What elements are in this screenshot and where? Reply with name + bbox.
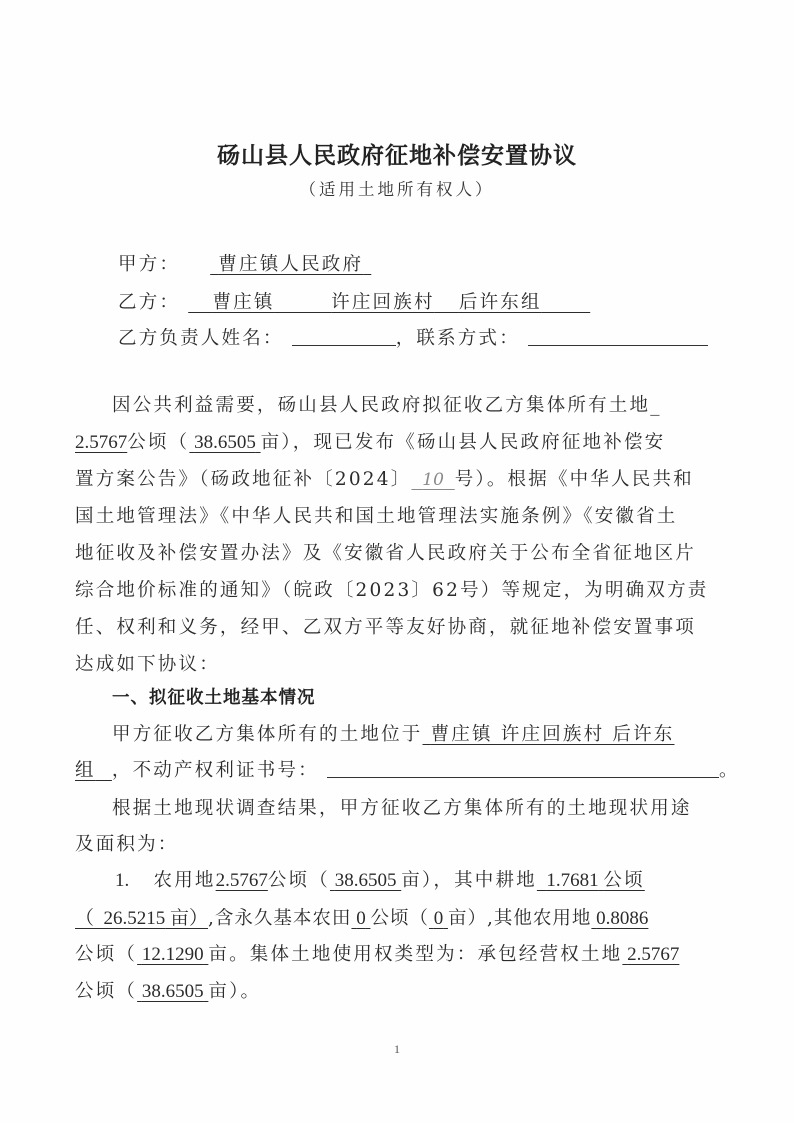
- page-number: 1: [0, 1042, 794, 1057]
- agri-mu: 38.6505: [330, 870, 401, 891]
- party-b-rep-field[interactable]: [292, 327, 396, 346]
- other-agri-mu: 12.1290: [137, 944, 208, 965]
- arable-mu: （ 26.5215 亩）: [75, 908, 208, 929]
- use-right-mu: 38.6505: [137, 981, 208, 1002]
- basic-farmland-mu: 0: [429, 908, 448, 929]
- basic-farmland-ha: 0: [351, 908, 370, 929]
- document-subtitle: （适用土地所有权人）: [0, 176, 794, 200]
- section-1-line-2: 组 ，不动产权利证书号： 。: [75, 756, 715, 782]
- party-b-label: 乙方：: [118, 292, 180, 313]
- item-1-line-2: （ 26.5215 亩）,含永久基本农田 0 公顷（ 0 亩）,其他农用地 0.…: [75, 903, 715, 930]
- area-ha: 2.5767: [75, 432, 127, 453]
- party-a-value: 曹庄镇人民政府: [188, 254, 393, 275]
- use-right-ha: 2.5767: [622, 944, 679, 965]
- intro-line-4: 国土地管理法》《中华人民共和国土地管理法实施条例》《安徽省土: [75, 502, 715, 528]
- item-1-line-4: 公顷（ 38.6505 亩）。: [75, 977, 715, 1003]
- party-b-rep-label: 乙方负责人姓名：: [118, 328, 284, 349]
- document-page: 砀山县人民政府征地补偿安置协议 （适用土地所有权人） 甲方： 曹庄镇人民政府 乙…: [0, 0, 794, 1123]
- document-title: 砀山县人民政府征地补偿安置协议: [0, 137, 794, 170]
- intro-line-8: 达成如下协议：: [75, 650, 715, 676]
- party-b-value: 曹庄镇 许庄回族村 后许东组: [188, 292, 590, 313]
- handwritten-doc-number: 10: [411, 470, 454, 490]
- arable-ha: 1.7681: [537, 870, 604, 891]
- section-1-line-1: 甲方征收乙方集体所有的土地位于 曹庄镇 许庄回族村 后许东: [112, 720, 752, 746]
- section-1-line-4: 及面积为：: [75, 830, 715, 856]
- intro-line-6: 综合地价标准的通知》（皖政〔2023〕62号）等规定，为明确双方责: [75, 576, 715, 602]
- item-1-line-1: 1. 农用地2.5767公顷（ 38.6505 亩），其中耕地 1.7681 公…: [115, 866, 755, 892]
- contact-label: ，联系方式：: [396, 328, 520, 349]
- party-a-label: 甲方：: [118, 254, 180, 275]
- intro-line-3: 置方案公告》（砀政地征补〔2024〕 10 号）。根据《中华人民共和: [75, 465, 715, 491]
- intro-line-1: 因公共利益需要，砀山县人民政府拟征收乙方集体所有土地_: [112, 391, 752, 417]
- intro-line-7: 任、权利和义务，经甲、乙双方平等友好协商，就征地补偿安置事项: [75, 613, 715, 639]
- party-b-rep-row: 乙方负责人姓名： ，联系方式：: [118, 324, 758, 350]
- agri-ha: 2.5767: [216, 870, 268, 891]
- intro-line-2: 2.5767公顷（ 38.6505 亩），现已发布《砀山县人民政府征地补偿安: [75, 428, 715, 454]
- section-1-heading: 一、拟征收土地基本情况: [112, 684, 752, 709]
- contact-field[interactable]: [528, 327, 708, 346]
- item-1-line-3: 公顷（ 12.1290 亩。集体土地使用权类型为：承包经营权土地 2.5767: [75, 940, 715, 966]
- party-b-row: 乙方： 曹庄镇 许庄回族村 后许东组: [118, 288, 758, 314]
- section-1-line-3: 根据土地现状调查结果，甲方征收乙方集体所有的土地现状用途: [112, 794, 752, 820]
- cert-number-field[interactable]: [327, 759, 719, 778]
- area-mu: 38.6505: [189, 432, 260, 453]
- intro-line-5: 地征收及补偿安置办法》及《安徽省人民政府关于公布全省征地区片: [75, 539, 715, 565]
- other-agri-ha: 0.8086: [591, 908, 648, 929]
- land-location: 曹庄镇 许庄回族村 后许东: [423, 724, 675, 745]
- party-a-row: 甲方： 曹庄镇人民政府: [118, 250, 758, 276]
